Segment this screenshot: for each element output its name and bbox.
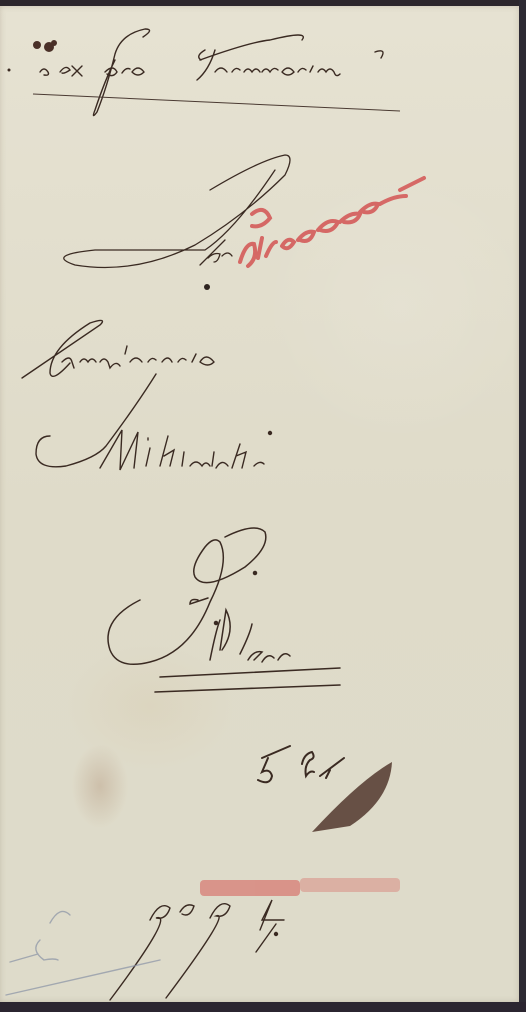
ink-blot (33, 40, 57, 52)
handwriting-layer (0, 0, 526, 1012)
pilzno-postmark (200, 878, 400, 896)
docket-number (110, 900, 284, 1000)
header-underline (33, 94, 400, 111)
pencil-mark (6, 911, 160, 995)
destination-pilzno (108, 528, 290, 664)
recipient-title-text (22, 320, 214, 378)
recipient-name-text (36, 374, 272, 470)
postage-rate (258, 746, 344, 782)
destination-underline (155, 668, 340, 692)
